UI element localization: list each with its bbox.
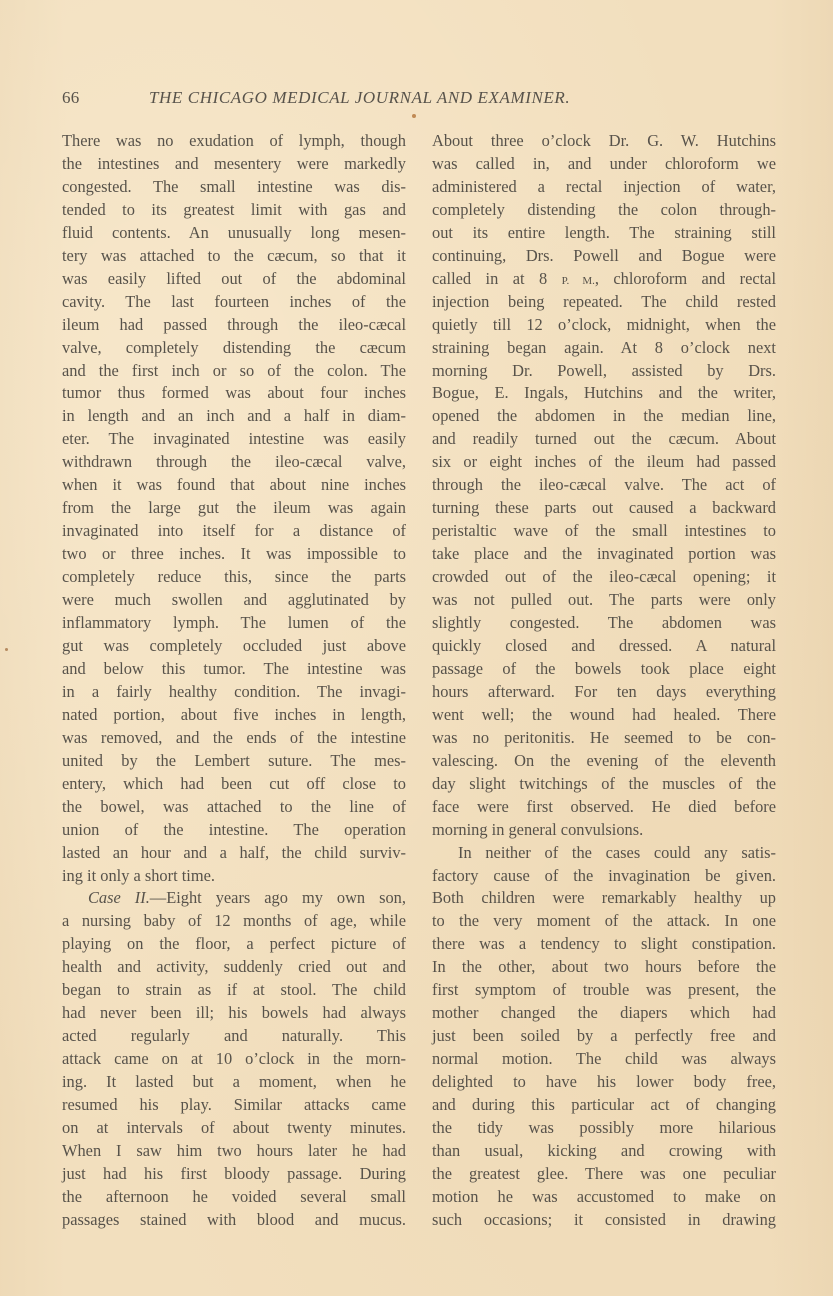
text-line: just been soiled by a perfectly free and (432, 1025, 776, 1048)
text-line: the bowel, was attached to the line of (62, 796, 406, 819)
text-line: peristaltic wave of the small intestines… (432, 520, 776, 543)
running-head: 66 THE CHICAGO MEDICAL JOURNAL AND EXAMI… (62, 88, 782, 112)
text-line: to the very moment of the attack. In one (432, 910, 776, 933)
text-line: There was no exudation of lymph, though (62, 130, 406, 153)
text-line: mother changed the diapers which had (432, 1002, 776, 1025)
text-line: nated portion, about five inches in leng… (62, 704, 406, 727)
text-line: first symptom of trouble was present, th… (432, 979, 776, 1002)
paragraph-end-line: morning in general convulsions. (432, 819, 776, 842)
text-line: on at intervals of about twenty minutes. (62, 1117, 406, 1140)
text-line: normal motion. The child was always (432, 1048, 776, 1071)
text-line: hours afterward. For ten days everything (432, 681, 776, 704)
paper-speck (5, 648, 8, 651)
text-line: two or three inches. It was impossible t… (62, 543, 406, 566)
text-line: from the large gut the ileum was again (62, 497, 406, 520)
text-line: in length and an inch and a half in diam… (62, 405, 406, 428)
journal-title: THE CHICAGO MEDICAL JOURNAL AND EXAMINER… (149, 88, 570, 108)
text-line: quickly closed and dressed. A natural (432, 635, 776, 658)
text-line: health and activity, suddenly cried out … (62, 956, 406, 979)
text-line: gut was completely occluded just above (62, 635, 406, 658)
text-line: such occasions; it consisted in drawing (432, 1209, 776, 1232)
text-fragment: , chloroform and rectal (595, 269, 776, 288)
text-line: tery was attached to the cæcum, so that … (62, 245, 406, 268)
text-line: administered a rectal injection of water… (432, 176, 776, 199)
text-line: cavity. The last fourteen inches of the (62, 291, 406, 314)
text-line: slightly congested. The abdomen was (432, 612, 776, 635)
text-line: a nursing baby of 12 months of age, whil… (62, 910, 406, 933)
text-line: Both children were remarkably healthy up (432, 887, 776, 910)
paper-speck (412, 114, 416, 118)
text-line: was called in, and under chloroform we (432, 153, 776, 176)
text-line: invaginated into itself for a distance o… (62, 520, 406, 543)
text-line-with-time: called in at 8 P. M., chloroform and rec… (432, 268, 776, 291)
text-line: passage of the bowels took place eight (432, 658, 776, 681)
text-line: take place and the invaginated portion w… (432, 543, 776, 566)
text-line: united by the Lembert suture. The mes- (62, 750, 406, 773)
text-line: In the other, about two hours before the (432, 956, 776, 979)
text-line: in a fairly healthy condition. The invag… (62, 681, 406, 704)
text-line: acted regularly and naturally. This (62, 1025, 406, 1048)
text-line: the intestines and mesentery were marked… (62, 153, 406, 176)
text-line: factory cause of the invagination be giv… (432, 865, 776, 888)
text-line: was removed, and the ends of the intesti… (62, 727, 406, 750)
paragraph-start-line: In neither of the cases could any satis- (432, 842, 776, 865)
paragraph-end-line: ing it only a short time. (62, 865, 406, 888)
text-line: completely reduce this, since the parts (62, 566, 406, 589)
text-line: than usual, kicking and crowing with (432, 1140, 776, 1163)
text-line: valve, completely distending the cæcum (62, 337, 406, 360)
text-line: withdrawn through the ileo-cæcal valve, (62, 451, 406, 474)
text-line: crowded out of the ileo-cæcal opening; i… (432, 566, 776, 589)
text-line: out its entire length. The straining sti… (432, 222, 776, 245)
text-line: union of the intestine. The operation (62, 819, 406, 842)
text-line: through the ileo-cæcal valve. The act of (432, 474, 776, 497)
text-line: was no peritonitis. He seemed to be con- (432, 727, 776, 750)
text-line: attack came on at 10 o’clock in the morn… (62, 1048, 406, 1071)
text-line: motion he was accustomed to make on (432, 1186, 776, 1209)
text-line: congested. The small intestine was dis- (62, 176, 406, 199)
text-line: eter. The invaginated intestine was easi… (62, 428, 406, 451)
text-line: was easily lifted out of the abdominal (62, 268, 406, 291)
text-line: straining began again. At 8 o’clock next (432, 337, 776, 360)
text-line: went well; the wound had healed. There (432, 704, 776, 727)
text-line: day slight twitchings of the muscles of … (432, 773, 776, 796)
text-line: morning Dr. Powell, assisted by Drs. (432, 360, 776, 383)
text-line: the tidy was possibly more hilarious (432, 1117, 776, 1140)
document-page: 66 THE CHICAGO MEDICAL JOURNAL AND EXAMI… (0, 0, 833, 1296)
text-line: turning these parts out caused a backwar… (432, 497, 776, 520)
text-line: and readily turned out the cæcum. About (432, 428, 776, 451)
text-line: delighted to have his lower body free, (432, 1071, 776, 1094)
text-line: had never been ill; his bowels had alway… (62, 1002, 406, 1025)
text-line: was not pulled out. The parts were only (432, 589, 776, 612)
text-line: lasted an hour and a half, the child sur… (62, 842, 406, 865)
text-line: tended to its greatest limit with gas an… (62, 199, 406, 222)
text-line: valescing. On the evening of the elevent… (432, 750, 776, 773)
page-number: 66 (62, 88, 80, 108)
text-line: Bogue, E. Ingals, Hutchins and the write… (432, 382, 776, 405)
text-line: just had his first bloody passage. Durin… (62, 1163, 406, 1186)
text-line: When I saw him two hours later he had (62, 1140, 406, 1163)
case-label: Case II. (88, 888, 150, 907)
text-line: the greatest glee. There was one peculia… (432, 1163, 776, 1186)
left-column: There was no exudation of lymph, though … (62, 130, 406, 1232)
pm-smallcaps: P. M. (562, 275, 595, 287)
text-line: face were first observed. He died before (432, 796, 776, 819)
text-line: and below this tumor. The intestine was (62, 658, 406, 681)
text-line: there was a tendency to slight constipat… (432, 933, 776, 956)
text-line: completely distending the colon through- (432, 199, 776, 222)
case-heading-line: Case II.—Eight years ago my own son, (62, 887, 406, 910)
text-line: passages stained with blood and mucus. (62, 1209, 406, 1232)
text-line: About three o’clock Dr. G. W. Hutchins (432, 130, 776, 153)
text-line: entery, which had been cut off close to (62, 773, 406, 796)
text-line: were much swollen and agglutinated by (62, 589, 406, 612)
text-line: injection being repeated. The child rest… (432, 291, 776, 314)
text-line: fluid contents. An unusually long mesen- (62, 222, 406, 245)
right-column: About three o’clock Dr. G. W. Hutchins w… (432, 130, 776, 1232)
text-fragment: —Eight years ago my own son, (150, 888, 406, 907)
text-line: playing on the floor, a perfect picture … (62, 933, 406, 956)
text-line: opened the abdomen in the median line, (432, 405, 776, 428)
text-line: and during this particular act of changi… (432, 1094, 776, 1117)
text-line: and the first inch or so of the colon. T… (62, 360, 406, 383)
text-line: tumor thus formed was about four inches (62, 382, 406, 405)
text-line: began to strain as if at stool. The chil… (62, 979, 406, 1002)
text-line: resumed his play. Similar attacks came (62, 1094, 406, 1117)
text-line: continuing, Drs. Powell and Bogue were (432, 245, 776, 268)
text-line: ing. It lasted but a moment, when he (62, 1071, 406, 1094)
text-line: quietly till 12 o’clock, midnight, when … (432, 314, 776, 337)
text-line: the afternoon he voided several small (62, 1186, 406, 1209)
text-line: ileum had passed through the ileo-cæcal (62, 314, 406, 337)
text-line: six or eight inches of the ileum had pas… (432, 451, 776, 474)
text-line: inflammatory lymph. The lumen of the (62, 612, 406, 635)
text-line: when it was found that about nine inches (62, 474, 406, 497)
text-fragment: called in at 8 (432, 269, 562, 288)
